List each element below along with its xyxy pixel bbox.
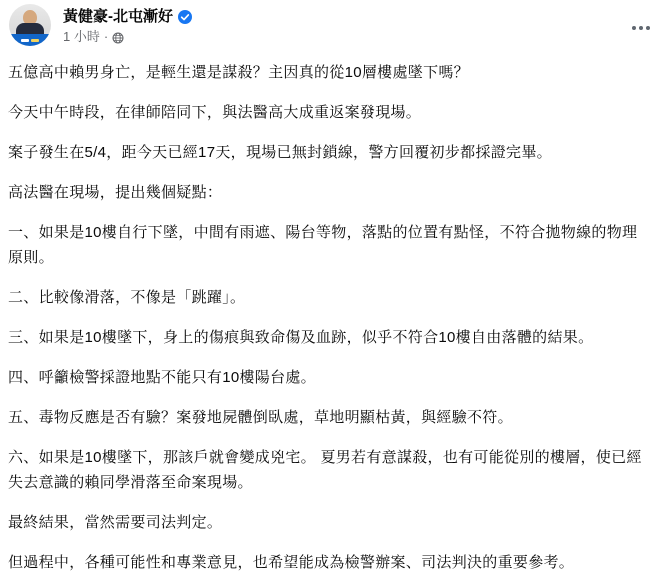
timestamp[interactable]: 1 小時 — [63, 29, 100, 45]
verified-badge-icon — [178, 10, 192, 24]
more-options-button[interactable] — [624, 18, 658, 38]
post-paragraph: 一、如果是10樓自行下墜，中間有雨遮、陽台等物，落點的位置有點怪，不符合拋物線的… — [8, 220, 650, 270]
globe-icon — [112, 32, 124, 44]
post-paragraph: 五、毒物反應是否有驗？案發地屍體倒臥處，草地明顯枯黃，與經驗不符。 — [8, 405, 650, 430]
author-row: 黃健豪-北屯漸好 — [63, 7, 192, 26]
more-options-icon — [646, 26, 650, 30]
post-header: 黃健豪-北屯漸好 1 小時 · — [0, 0, 660, 46]
more-options-icon — [639, 26, 643, 30]
post-paragraph: 高法醫在現場，提出幾個疑點： — [8, 180, 650, 205]
post-paragraph: 二、比較像滑落，不像是「跳躍」。 — [8, 285, 650, 310]
post-paragraph: 案子發生在5/4，距今天已經17天，現場已無封鎖線，警方回覆初步都採證完畢。 — [8, 140, 650, 165]
more-options-icon — [632, 26, 636, 30]
avatar[interactable] — [9, 4, 51, 46]
post-paragraph: 今天中午時段，在律師陪同下，與法醫高大成重返案發現場。 — [8, 100, 650, 125]
post-paragraph: 六、如果是10樓墜下，那該戶就會變成兇宅。 夏男若有意謀殺，也有可能從別的樓層，… — [8, 445, 650, 495]
post-paragraph: 三、如果是10樓墜下，身上的傷痕與致命傷及血跡，似乎不符合10樓自由落體的結果。 — [8, 325, 650, 350]
author-name[interactable]: 黃健豪-北屯漸好 — [63, 7, 173, 26]
avatar-banner-text — [21, 39, 29, 42]
post-paragraph: 五億高中賴男身亡，是輕生還是謀殺？主因真的從10層樓處墜下嗎？ — [8, 60, 650, 85]
meta-separator: · — [104, 29, 108, 45]
post-paragraph: 四、呼籲檢警採證地點不能只有10樓陽台處。 — [8, 365, 650, 390]
post-meta: 1 小時 · — [63, 29, 192, 45]
header-info: 黃健豪-北屯漸好 1 小時 · — [63, 4, 192, 45]
post-paragraph: 最終結果，當然需要司法判定。 — [8, 510, 650, 535]
avatar-photo-banner — [9, 34, 51, 46]
post-body: 五億高中賴男身亡，是輕生還是謀殺？主因真的從10層樓處墜下嗎？ 今天中午時段，在… — [0, 46, 660, 571]
avatar-banner-text — [31, 39, 39, 42]
facebook-post: 黃健豪-北屯漸好 1 小時 · — [0, 0, 660, 571]
post-paragraph: 但過程中，各種可能性和專業意見，也希望能成為檢警辦案、司法判決的重要參考。 — [8, 550, 650, 571]
